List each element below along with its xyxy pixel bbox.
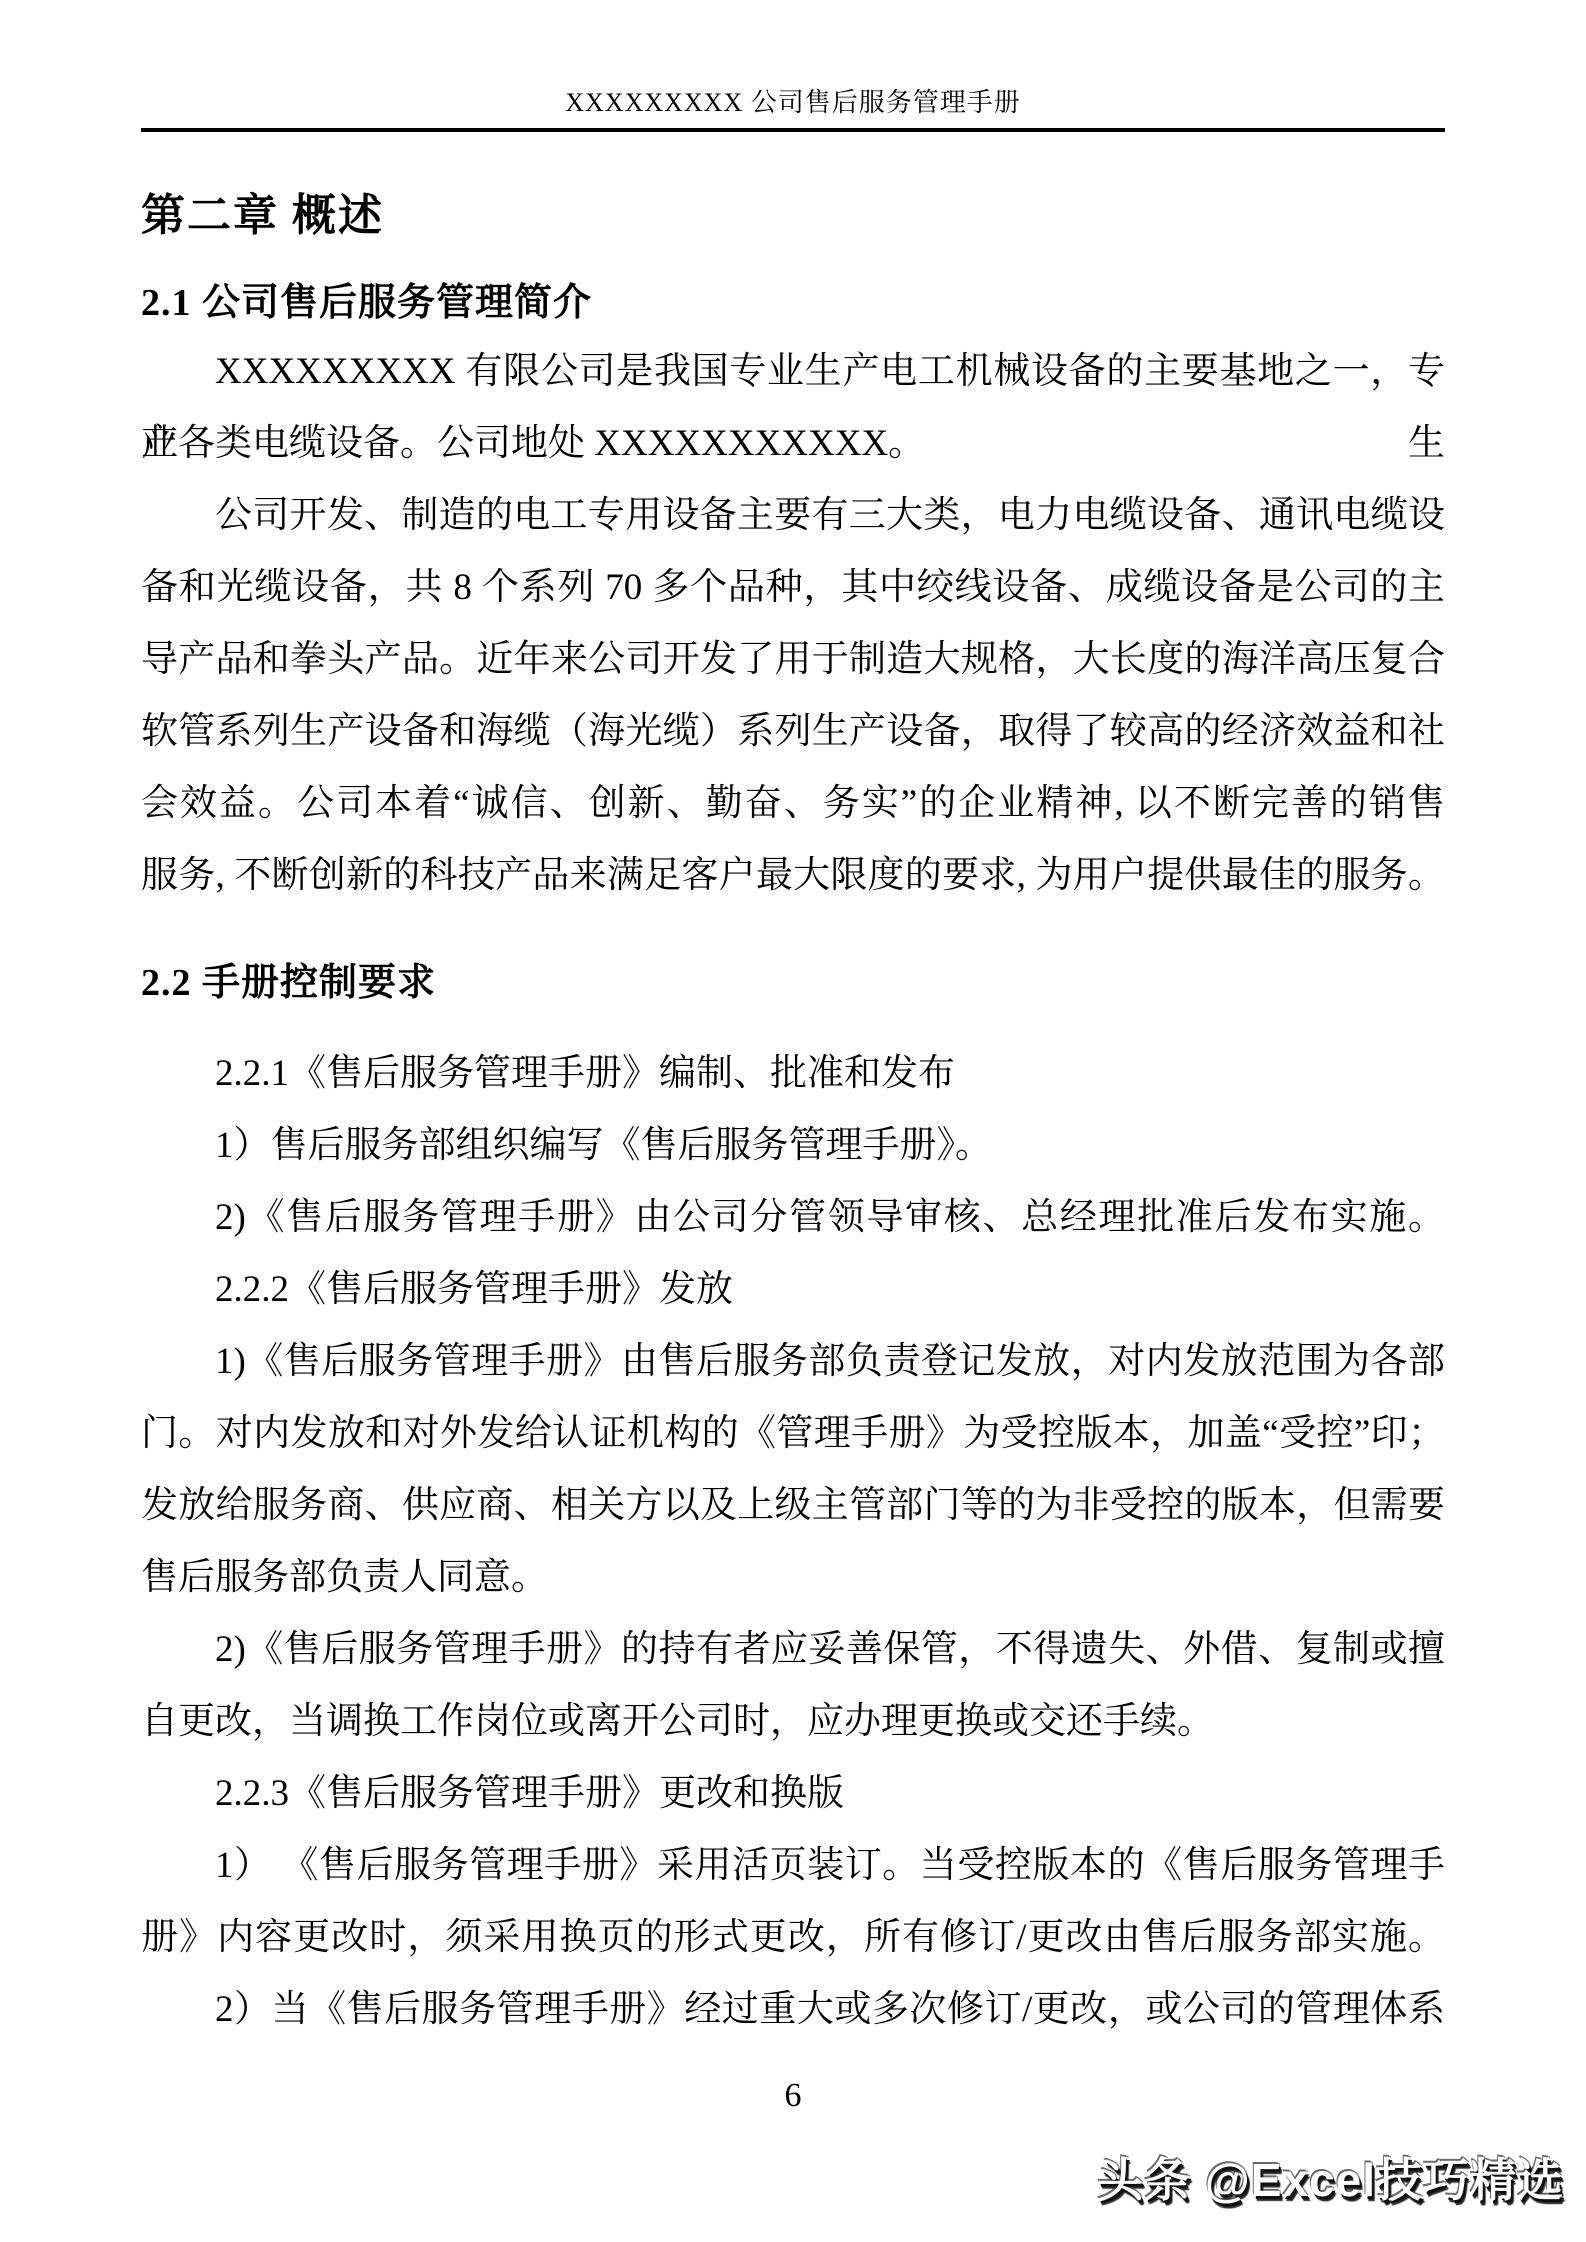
body-line: 备和光缆设备，共 8 个系列 70 多个品种，其中绞线设备、成缆设备是公司的主 [141,552,1445,624]
body-line: 1)《售后服务管理手册》由售后服务部负责登记发放，对内发放范围为各部 [141,1326,1445,1398]
body-line: 售后服务部负责人同意。 [141,1542,1445,1614]
section-2-2-body: 2.2.1《售后服务管理手册》编制、批准和发布 1）售后服务部组织编写《售后服务… [141,1038,1445,2046]
body-line: 2.2.1《售后服务管理手册》编制、批准和发布 [141,1038,1445,1110]
body-line: 1） 《售后服务管理手册》采用活页装订。当受控版本的《售后服务管理手 [141,1830,1445,1902]
body-line: 2)《售后服务管理手册》由公司分管领导审核、总经理批准后发布实施。 [141,1182,1445,1254]
body-line: 2）当《售后服务管理手册》经过重大或多次修订/更改，或公司的管理体系 [141,1974,1445,2046]
body-line: 2)《售后服务管理手册》的持有者应妥善保管，不得遗失、外借、复制或擅 [141,1614,1445,1686]
body-line: 自更改，当调换工作岗位或离开公司时，应办理更换或交还手续。 [141,1686,1445,1758]
body-line: 软管系列生产设备和海缆（海光缆）系列生产设备，取得了较高的经济效益和社 [141,696,1445,768]
page-header: XXXXXXXXX 公司售后服务管理手册 [141,0,1445,132]
section-2-1-heading: 2.1 公司售后服务管理简介 [141,280,1445,326]
body-line: 2.2.3《售后服务管理手册》更改和换版 [141,1758,1445,1830]
body-line: 会效益。公司本着“诚信、创新、勤奋、务实”的企业精神, 以不断完善的销售 [141,768,1445,840]
body-line: 发放给服务商、供应商、相关方以及上级主管部门等的为非受控的版本，但需要 [141,1470,1445,1542]
body-line: 2.2.2《售后服务管理手册》发放 [141,1254,1445,1326]
body-line: 公司开发、制造的电工专用设备主要有三大类，电力电缆设备、通讯电缆设 [141,480,1445,552]
document-page: XXXXXXXXX 公司售后服务管理手册 第二章 概述 2.1 公司售后服务管理… [0,0,1586,2242]
body-line: 门。对内发放和对外发给认证机构的《管理手册》为受控版本，加盖“受控”印； [141,1398,1445,1470]
body-line: 导产品和拳头产品。近年来公司开发了用于制造大规格，大长度的海洋高压复合 [141,624,1445,696]
body-line: 1）售后服务部组织编写《售后服务管理手册》。 [141,1110,1445,1182]
body-line: 册》内容更改时，须采用换页的形式更改，所有修订/更改由售后服务部实施。 [141,1902,1445,1974]
paragraph-company-intro-2: 公司开发、制造的电工专用设备主要有三大类，电力电缆设备、通讯电缆设 备和光缆设备… [141,480,1445,912]
body-line: 服务, 不断创新的科技产品来满足客户最大限度的要求, 为用户提供最佳的服务。 [141,840,1445,912]
header-title: XXXXXXXXX 公司售后服务管理手册 [565,88,1021,117]
chapter-heading: 第二章 概述 [141,190,1445,242]
section-2-2-heading: 2.2 手册控制要求 [141,960,1445,1006]
body-line: XXXXXXXXX 有限公司是我国专业生产电工机械设备的主要基地之一，专业生 [141,336,1445,408]
page-number: 6 [0,2076,1586,2116]
paragraph-company-intro-1: XXXXXXXXX 有限公司是我国专业生产电工机械设备的主要基地之一，专业生 产… [141,336,1445,480]
watermark: 头条 @Excel技巧精选 [1097,2152,1564,2208]
